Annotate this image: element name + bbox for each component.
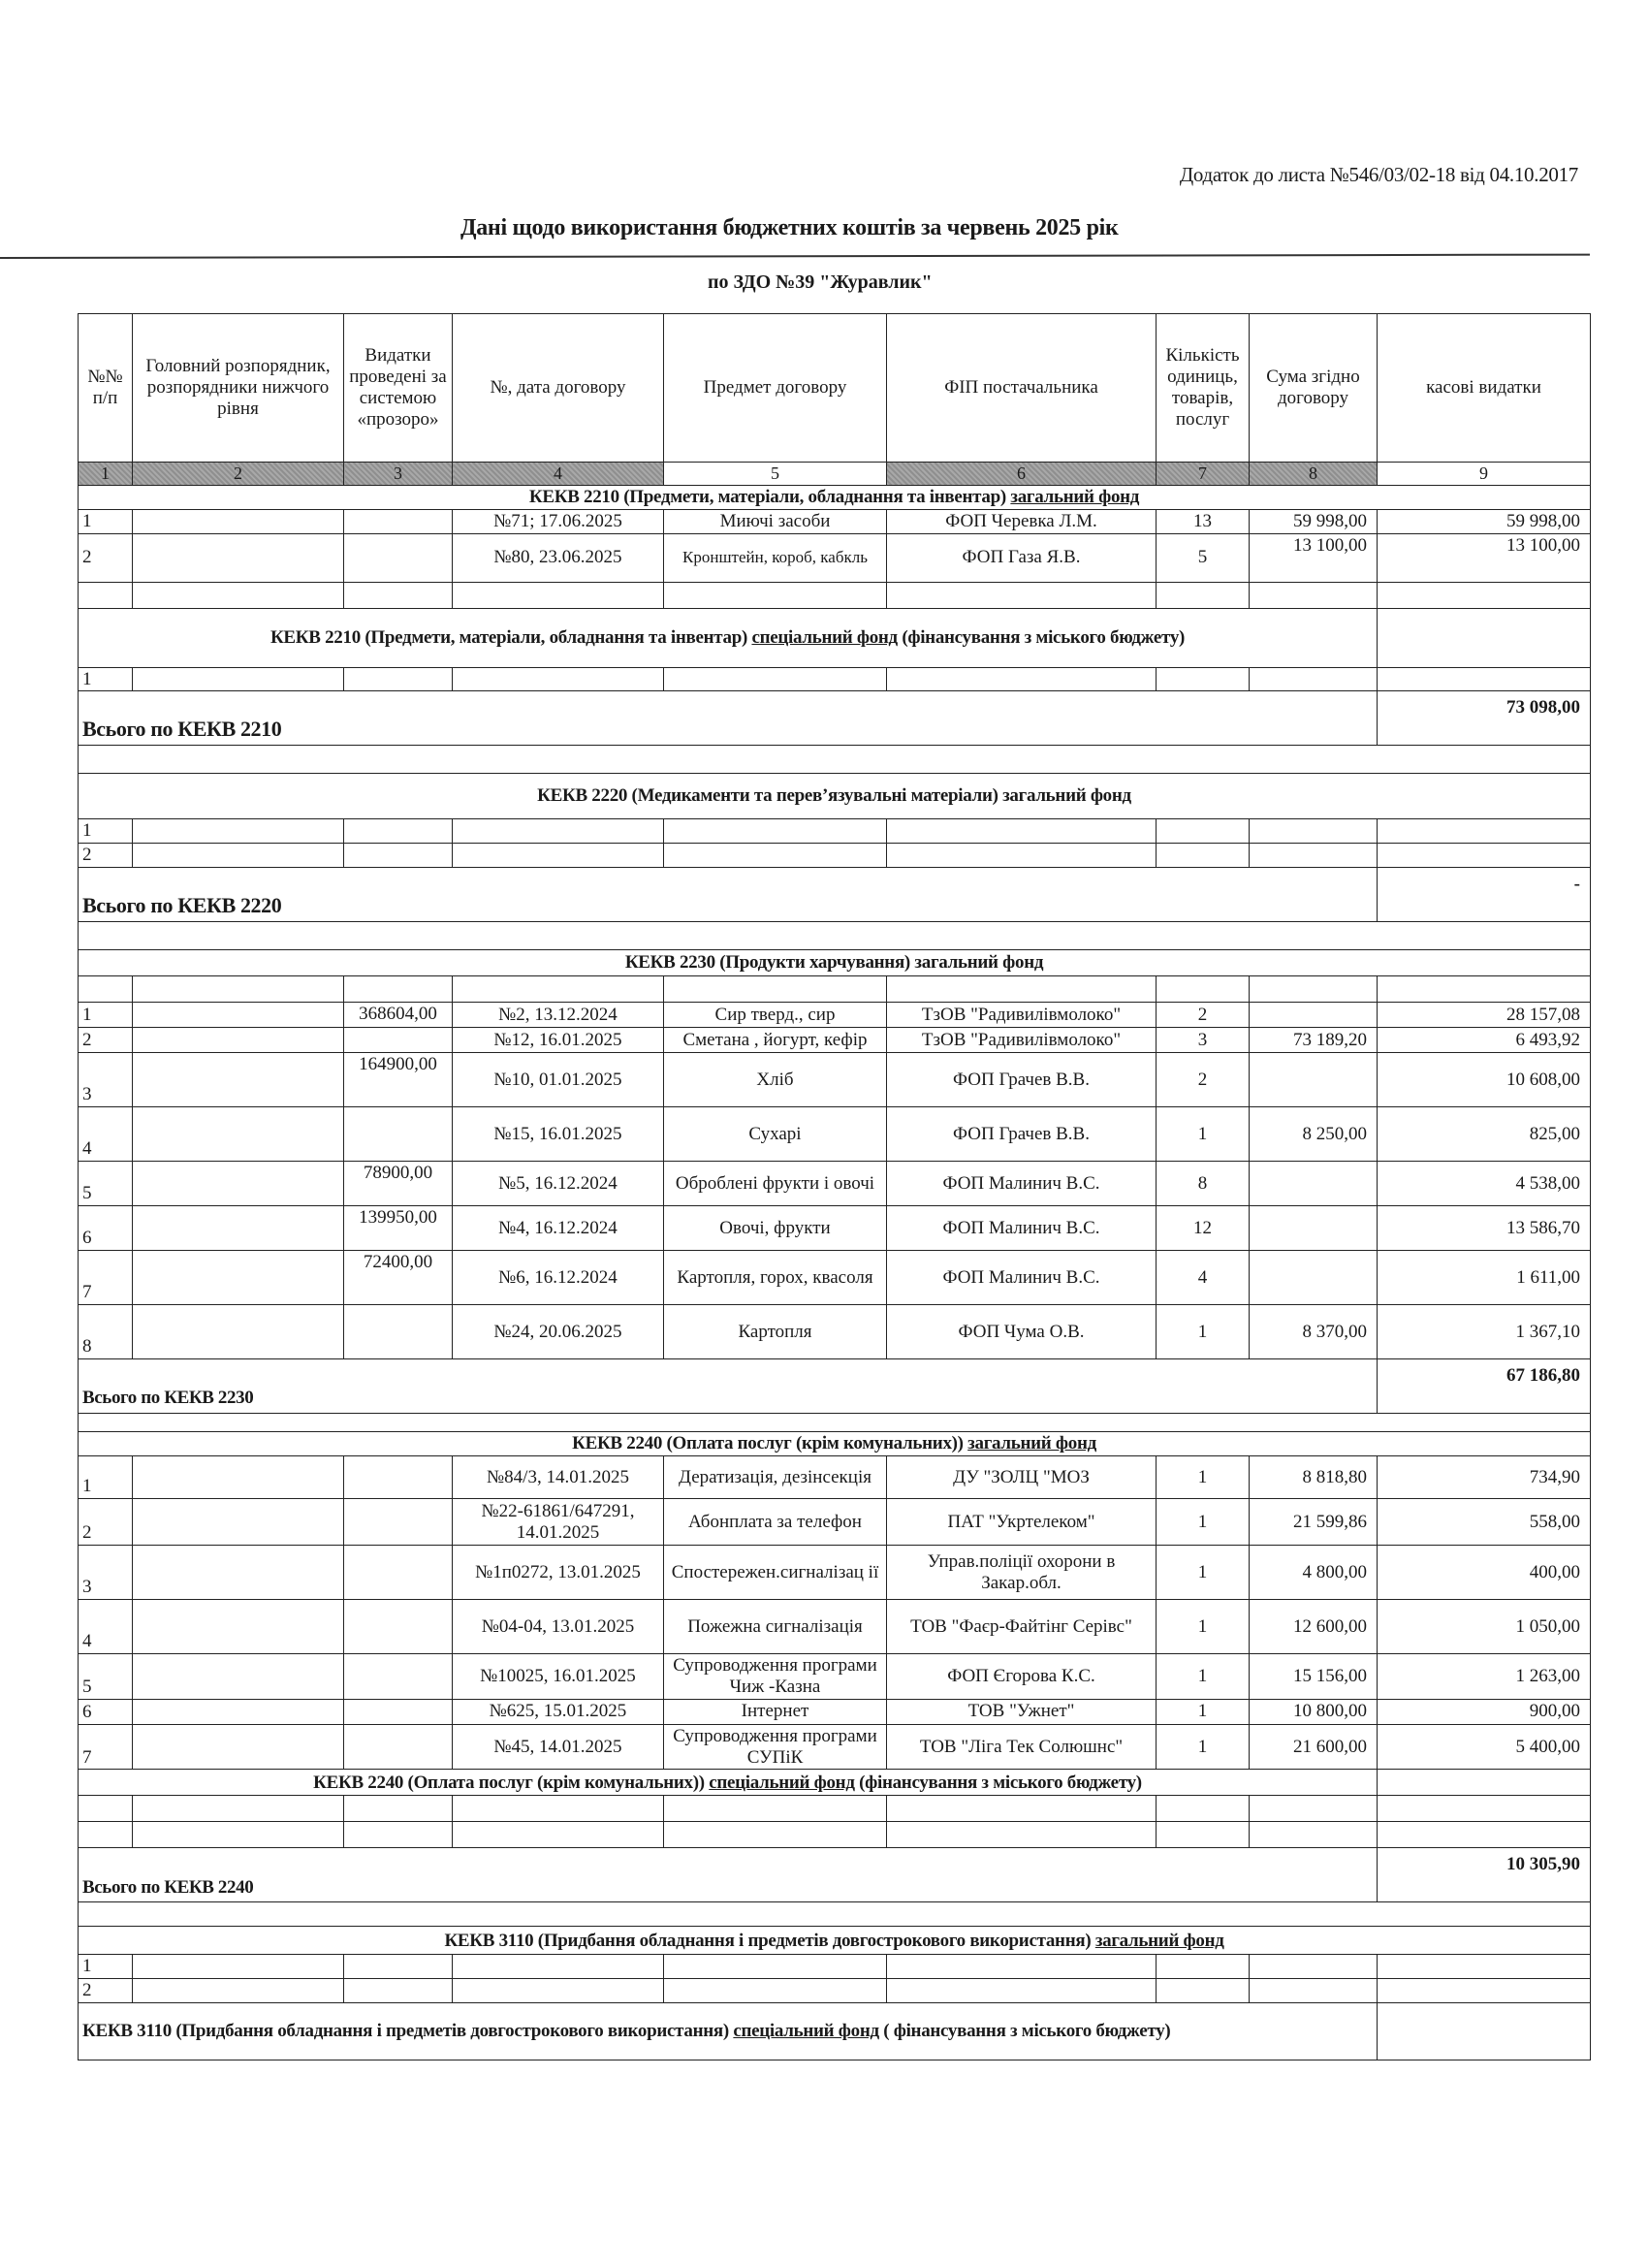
section-title: КЕКВ 2240 (Оплата послуг (крім комунальн… — [572, 1433, 964, 1453]
section-header-2230-general: КЕКВ 2230 (Продукти харчування) загальни… — [79, 950, 1591, 976]
supplier-cell: ДУ "ЗОЛЦ "МОЗ — [887, 1456, 1157, 1499]
section-title: КЕКВ 2240 (Оплата послуг (крім комунальн… — [313, 1773, 705, 1793]
row-number: 2 — [79, 844, 133, 868]
budget-table-container: №№ п/п Головний розпорядник, розпорядник… — [78, 313, 1590, 2060]
prozoro-cell: 164900,00 — [344, 1053, 453, 1107]
column-number-row: 1 2 3 4 5 6 7 8 9 — [79, 463, 1591, 486]
manager-cell — [133, 1654, 344, 1700]
fund-label: спеціальний фонд — [709, 1773, 854, 1793]
table-row: 4№15, 16.01.2025СухаріФОП Грачев В.В.18 … — [79, 1107, 1591, 1162]
table-row: 7№45, 14.01.2025Супроводження програми С… — [79, 1724, 1591, 1770]
fund-label: загальний фонд — [1010, 487, 1139, 507]
subject-cell: Дератизація, дезінсекція — [664, 1456, 887, 1499]
empty-row — [79, 582, 1591, 608]
section-header-3110-special: КЕКВ 3110 (Придбання обладнання і предме… — [79, 2003, 1591, 2060]
row-number: 4 — [79, 1107, 133, 1162]
table-row: 578900,00№5, 16.12.2024Оброблені фрукти … — [79, 1162, 1591, 1206]
total-row-2220: Всього по КЕКВ 2220 - — [79, 868, 1591, 922]
col-header-number: №№ п/п — [79, 314, 133, 463]
section-header-2210-general: КЕКВ 2210 (Предмети, матеріали, обладнан… — [79, 485, 1591, 509]
manager-cell — [133, 509, 344, 533]
total-row-2230: Всього по КЕКВ 2230 67 186,80 — [79, 1359, 1591, 1414]
row-number: 1 — [79, 1456, 133, 1499]
prozoro-cell — [344, 1107, 453, 1162]
subject-cell: Інтернет — [664, 1699, 887, 1724]
quantity-cell: 1 — [1157, 1546, 1250, 1600]
cash-expense-cell: 5 400,00 — [1378, 1724, 1591, 1770]
cash-expense-cell: 59 998,00 — [1378, 509, 1591, 533]
cash-expense-cell: 1 611,00 — [1378, 1251, 1591, 1305]
col-number: 5 — [664, 463, 887, 486]
contract-sum-cell: 59 998,00 — [1250, 509, 1378, 533]
contract-cell: №6, 16.12.2024 — [453, 1251, 664, 1305]
contract-sum-cell: 8 370,00 — [1250, 1305, 1378, 1359]
row-number: 2 — [79, 1979, 133, 2003]
supplier-cell: ТОВ "Фаєр-Файтінг Серівс" — [887, 1600, 1157, 1654]
row-number: 6 — [79, 1699, 133, 1724]
table-row: 1368604,00№2, 13.12.2024Сир тверд., сирТ… — [79, 1003, 1591, 1028]
col-header-quantity: Кількість одиниць, товарів, послуг — [1157, 314, 1250, 463]
contract-sum-cell — [1250, 1251, 1378, 1305]
contract-cell: №04-04, 13.01.2025 — [453, 1600, 664, 1654]
section-title: КЕКВ 3110 (Придбання обладнання і предме… — [82, 2021, 729, 2041]
contract-sum-cell: 73 189,20 — [1250, 1028, 1378, 1053]
quantity-cell: 4 — [1157, 1251, 1250, 1305]
table-row: 3164900,00№10, 01.01.2025ХлібФОП Грачев … — [79, 1053, 1591, 1107]
prozoro-cell — [344, 509, 453, 533]
row-number: 5 — [79, 1654, 133, 1700]
contract-sum-cell: 4 800,00 — [1250, 1546, 1378, 1600]
supplier-cell: ПАТ "Укртелеком" — [887, 1499, 1157, 1546]
col-number: 6 — [887, 463, 1157, 486]
contract-cell: №12, 16.01.2025 — [453, 1028, 664, 1053]
spacer-row — [79, 746, 1591, 774]
row-number: 5 — [79, 1162, 133, 1206]
total-value: - — [1378, 868, 1591, 922]
subject-cell: Картопля — [664, 1305, 887, 1359]
contract-cell: №22-61861/647291, 14.01.2025 — [453, 1499, 664, 1546]
table-row: 1 №71; 17.06.2025 Миючі засоби ФОП Черев… — [79, 509, 1591, 533]
table-row: 2№12, 16.01.2025Сметана , йогурт, кефірТ… — [79, 1028, 1591, 1053]
contract-cell: №45, 14.01.2025 — [453, 1724, 664, 1770]
col-number: 9 — [1378, 463, 1591, 486]
prozoro-cell — [344, 533, 453, 582]
section-header-2240-special: КЕКВ 2240 (Оплата послуг (крім комунальн… — [79, 1770, 1591, 1796]
subject-cell: Овочі, фрукти — [664, 1206, 887, 1251]
funding-note: (фінансування з міського бюджету) — [902, 627, 1185, 648]
section-title: КЕКВ 2210 (Предмети, матеріали, обладнан… — [270, 627, 747, 648]
subject-cell: Абонплата за телефон — [664, 1499, 887, 1546]
quantity-cell: 1 — [1157, 1724, 1250, 1770]
section-title: КЕКВ 2220 (Медикаменти та перев’язувальн… — [79, 774, 1591, 819]
col-number: 2 — [133, 463, 344, 486]
manager-cell — [133, 1724, 344, 1770]
supplier-cell: ТОВ "Ужнет" — [887, 1699, 1157, 1724]
quantity-cell: 3 — [1157, 1028, 1250, 1053]
row-number: 1 — [79, 667, 133, 691]
empty-row — [79, 1822, 1591, 1848]
col-header-contract: №, дата договору — [453, 314, 664, 463]
col-header-prozoro: Видатки проведені за системою «прозоро» — [344, 314, 453, 463]
contract-sum-cell: 13 100,00 — [1250, 533, 1378, 582]
contract-cell: №71; 17.06.2025 — [453, 509, 664, 533]
contract-cell: №2, 13.12.2024 — [453, 1003, 664, 1028]
col-header-manager: Головний розпорядник, розпорядники нижчо… — [133, 314, 344, 463]
subject-cell: Кронштейн, короб, кабкль — [664, 533, 887, 582]
table-row: 5№10025, 16.01.2025Супроводження програм… — [79, 1654, 1591, 1700]
fund-label: загальний фонд — [967, 1433, 1096, 1453]
contract-sum-cell — [1250, 1053, 1378, 1107]
table-row: 8№24, 20.06.2025КартопляФОП Чума О.В.18 … — [79, 1305, 1591, 1359]
manager-cell — [133, 1206, 344, 1251]
prozoro-cell — [344, 1699, 453, 1724]
table-row: 1 — [79, 667, 1591, 691]
empty-row — [79, 976, 1591, 1003]
subject-cell: Сир тверд., сир — [664, 1003, 887, 1028]
title-rule — [0, 254, 1590, 259]
spacer-row — [79, 922, 1591, 950]
subject-cell: Оброблені фрукти і овочі — [664, 1162, 887, 1206]
col-number: 4 — [453, 463, 664, 486]
section-title: КЕКВ 2230 (Продукти харчування) загальни… — [79, 950, 1591, 976]
row-number: 1 — [79, 819, 133, 844]
funding-note: ( фінансування з міського бюджету) — [883, 2021, 1170, 2041]
section-header-3110-general: КЕКВ 3110 (Придбання обладнання і предме… — [79, 1927, 1591, 1955]
prozoro-cell — [344, 1499, 453, 1546]
manager-cell — [133, 1600, 344, 1654]
row-number: 3 — [79, 1053, 133, 1107]
table-row: 2 — [79, 1979, 1591, 2003]
manager-cell — [133, 1499, 344, 1546]
fund-label: спеціальний фонд — [733, 2021, 878, 2041]
subject-cell: Картопля, горох, квасоля — [664, 1251, 887, 1305]
quantity-cell: 1 — [1157, 1107, 1250, 1162]
cash-expense-cell: 734,90 — [1378, 1456, 1591, 1499]
quantity-cell: 1 — [1157, 1456, 1250, 1499]
manager-cell — [133, 1003, 344, 1028]
kekv-2240-rows: 1№84/3, 14.01.2025Дератизація, дезінсекц… — [79, 1456, 1591, 1770]
cash-expense-cell: 28 157,08 — [1378, 1003, 1591, 1028]
contract-cell: №24, 20.06.2025 — [453, 1305, 664, 1359]
quantity-cell: 1 — [1157, 1699, 1250, 1724]
cash-expense-cell: 558,00 — [1378, 1499, 1591, 1546]
section-header-2220-general: КЕКВ 2220 (Медикаменти та перев’язувальн… — [79, 774, 1591, 819]
section-title: КЕКВ 3110 (Придбання обладнання і предме… — [444, 1931, 1091, 1951]
prozoro-cell — [344, 1600, 453, 1654]
table-row: 1 — [79, 819, 1591, 844]
funding-note: (фінансування з міського бюджету) — [859, 1773, 1142, 1793]
row-number: 6 — [79, 1206, 133, 1251]
annex-reference: Додаток до листа №546/03/02-18 від 04.10… — [1180, 163, 1578, 187]
contract-sum-cell: 8 818,80 — [1250, 1456, 1378, 1499]
row-number: 1 — [79, 1003, 133, 1028]
contract-sum-cell — [1250, 1206, 1378, 1251]
spacer-row — [79, 1414, 1591, 1432]
cash-expense-cell: 825,00 — [1378, 1107, 1591, 1162]
contract-cell: №15, 16.01.2025 — [453, 1107, 664, 1162]
col-header-subject: Предмет договору — [664, 314, 887, 463]
contract-cell: №625, 15.01.2025 — [453, 1699, 664, 1724]
section-title: КЕКВ 2210 (Предмети, матеріали, обладнан… — [529, 487, 1006, 507]
budget-usage-table: №№ п/п Головний розпорядник, розпорядник… — [78, 313, 1591, 2060]
cash-expense-cell: 13 100,00 — [1378, 533, 1591, 582]
total-value: 10 305,90 — [1378, 1848, 1591, 1902]
row-number: 1 — [79, 1955, 133, 1979]
col-number: 1 — [79, 463, 133, 486]
row-number: 2 — [79, 1028, 133, 1053]
prozoro-cell — [344, 1028, 453, 1053]
supplier-cell: ФОП Малинич В.С. — [887, 1251, 1157, 1305]
col-number: 7 — [1157, 463, 1250, 486]
contract-cell: №10025, 16.01.2025 — [453, 1654, 664, 1700]
prozoro-cell: 368604,00 — [344, 1003, 453, 1028]
subject-cell: Сметана , йогурт, кефір — [664, 1028, 887, 1053]
supplier-cell: Управ.поліції охорони в Закар.обл. — [887, 1546, 1157, 1600]
section-header-2210-special: КЕКВ 2210 (Предмети, матеріали, обладнан… — [79, 608, 1591, 667]
quantity-cell: 2 — [1157, 1053, 1250, 1107]
subject-cell: Супроводження програми СУПіК — [664, 1724, 887, 1770]
prozoro-cell — [344, 1654, 453, 1700]
quantity-cell: 1 — [1157, 1600, 1250, 1654]
cash-expense-cell: 6 493,92 — [1378, 1028, 1591, 1053]
document-title: Дані щодо використання бюджетних коштів … — [460, 215, 1119, 241]
total-row-2210: Всього по КЕКВ 2210 73 098,00 — [79, 691, 1591, 746]
manager-cell — [133, 1028, 344, 1053]
table-row: 1 — [79, 1955, 1591, 1979]
cash-expense-cell: 4 538,00 — [1378, 1162, 1591, 1206]
manager-cell — [133, 1456, 344, 1499]
manager-cell — [133, 1053, 344, 1107]
cash-expense-cell: 13 586,70 — [1378, 1206, 1591, 1251]
prozoro-cell — [344, 1305, 453, 1359]
table-row: 2 — [79, 844, 1591, 868]
table-row: 6№625, 15.01.2025ІнтернетТОВ "Ужнет"110 … — [79, 1699, 1591, 1724]
prozoro-cell: 139950,00 — [344, 1206, 453, 1251]
col-header-contract-sum: Сума згідно договору — [1250, 314, 1378, 463]
contract-cell: №4, 16.12.2024 — [453, 1206, 664, 1251]
contract-sum-cell — [1250, 1162, 1378, 1206]
table-row: 3№1п0272, 13.01.2025Спостережен.сигналіз… — [79, 1546, 1591, 1600]
manager-cell — [133, 1251, 344, 1305]
supplier-cell: ФОП Черевка Л.М. — [887, 509, 1157, 533]
empty-row — [79, 1796, 1591, 1822]
contract-cell: №84/3, 14.01.2025 — [453, 1456, 664, 1499]
table-row: 1№84/3, 14.01.2025Дератизація, дезінсекц… — [79, 1456, 1591, 1499]
col-number: 8 — [1250, 463, 1378, 486]
table-row: 2 №80, 23.06.2025 Кронштейн, короб, кабк… — [79, 533, 1591, 582]
cash-expense-cell: 1 263,00 — [1378, 1654, 1591, 1700]
row-number: 8 — [79, 1305, 133, 1359]
quantity-cell: 13 — [1157, 509, 1250, 533]
row-number: 2 — [79, 533, 133, 582]
total-label: Всього по КЕКВ 2210 — [79, 691, 1378, 746]
column-header-row: №№ п/п Головний розпорядник, розпорядник… — [79, 314, 1591, 463]
document-subtitle: по ЗДО №39 "Журавлик" — [708, 272, 933, 294]
contract-sum-cell: 21 599,86 — [1250, 1499, 1378, 1546]
supplier-cell: ТОВ "Ліга Тек Солюшнс" — [887, 1724, 1157, 1770]
row-number: 7 — [79, 1251, 133, 1305]
cash-expense-cell: 900,00 — [1378, 1699, 1591, 1724]
total-value: 67 186,80 — [1378, 1359, 1591, 1414]
manager-cell — [133, 1546, 344, 1600]
manager-cell — [133, 1699, 344, 1724]
prozoro-cell — [344, 1546, 453, 1600]
quantity-cell: 1 — [1157, 1654, 1250, 1700]
row-number: 7 — [79, 1724, 133, 1770]
supplier-cell: ФОП Єгорова К.С. — [887, 1654, 1157, 1700]
section-header-2240-general: КЕКВ 2240 (Оплата послуг (крім комунальн… — [79, 1432, 1591, 1456]
supplier-cell: ФОП Чума О.В. — [887, 1305, 1157, 1359]
contract-cell: №80, 23.06.2025 — [453, 533, 664, 582]
table-row: 2№22-61861/647291, 14.01.2025Абонплата з… — [79, 1499, 1591, 1546]
contract-sum-cell: 10 800,00 — [1250, 1699, 1378, 1724]
manager-cell — [133, 1162, 344, 1206]
supplier-cell: ФОП Малинич В.С. — [887, 1206, 1157, 1251]
total-value: 73 098,00 — [1378, 691, 1591, 746]
total-label: Всього по КЕКВ 2240 — [79, 1848, 1378, 1902]
manager-cell — [133, 1107, 344, 1162]
supplier-cell: ФОП Грачев В.В. — [887, 1053, 1157, 1107]
total-label: Всього по КЕКВ 2230 — [79, 1359, 1378, 1414]
col-header-cash-expenses: касові видатки — [1378, 314, 1591, 463]
cash-expense-cell: 400,00 — [1378, 1546, 1591, 1600]
subject-cell: Супроводження програми Чиж -Казна — [664, 1654, 887, 1700]
prozoro-cell — [344, 1724, 453, 1770]
cash-expense-cell: 1 050,00 — [1378, 1600, 1591, 1654]
supplier-cell: ФОП Газа Я.В. — [887, 533, 1157, 582]
manager-cell — [133, 1305, 344, 1359]
quantity-cell: 5 — [1157, 533, 1250, 582]
cash-expense-cell: 1 367,10 — [1378, 1305, 1591, 1359]
supplier-cell: ТзОВ "Радивилівмолоко" — [887, 1028, 1157, 1053]
col-number: 3 — [344, 463, 453, 486]
prozoro-cell: 72400,00 — [344, 1251, 453, 1305]
total-row-2240: Всього по КЕКВ 2240 10 305,90 — [79, 1848, 1591, 1902]
row-number: 2 — [79, 1499, 133, 1546]
fund-label: загальний фонд — [1095, 1931, 1224, 1951]
subject-cell: Миючі засоби — [664, 509, 887, 533]
row-number: 1 — [79, 509, 133, 533]
quantity-cell: 1 — [1157, 1305, 1250, 1359]
contract-sum-cell: 12 600,00 — [1250, 1600, 1378, 1654]
spacer-row — [79, 1902, 1591, 1927]
cash-expense-cell: 10 608,00 — [1378, 1053, 1591, 1107]
quantity-cell: 8 — [1157, 1162, 1250, 1206]
row-number: 3 — [79, 1546, 133, 1600]
table-row: 6139950,00№4, 16.12.2024Овочі, фруктиФОП… — [79, 1206, 1591, 1251]
subject-cell: Пожежна сигналізація — [664, 1600, 887, 1654]
contract-sum-cell — [1250, 1003, 1378, 1028]
fund-label: спеціальний фонд — [751, 627, 897, 648]
quantity-cell: 1 — [1157, 1499, 1250, 1546]
kekv-2230-rows: 1368604,00№2, 13.12.2024Сир тверд., сирТ… — [79, 1003, 1591, 1359]
contract-sum-cell: 8 250,00 — [1250, 1107, 1378, 1162]
contract-cell: №1п0272, 13.01.2025 — [453, 1546, 664, 1600]
table-row: 772400,00№6, 16.12.2024Картопля, горох, … — [79, 1251, 1591, 1305]
supplier-cell: ФОП Грачев В.В. — [887, 1107, 1157, 1162]
quantity-cell: 12 — [1157, 1206, 1250, 1251]
quantity-cell: 2 — [1157, 1003, 1250, 1028]
contract-cell: №10, 01.01.2025 — [453, 1053, 664, 1107]
row-number: 4 — [79, 1600, 133, 1654]
col-header-supplier: ФІП постачальника — [887, 314, 1157, 463]
contract-sum-cell: 21 600,00 — [1250, 1724, 1378, 1770]
supplier-cell: ФОП Малинич В.С. — [887, 1162, 1157, 1206]
total-label: Всього по КЕКВ 2220 — [79, 868, 1378, 922]
prozoro-cell: 78900,00 — [344, 1162, 453, 1206]
contract-sum-cell: 15 156,00 — [1250, 1654, 1378, 1700]
subject-cell: Сухарі — [664, 1107, 887, 1162]
table-row: 4№04-04, 13.01.2025Пожежна сигналізаціяТ… — [79, 1600, 1591, 1654]
prozoro-cell — [344, 1456, 453, 1499]
subject-cell: Хліб — [664, 1053, 887, 1107]
manager-cell — [133, 533, 344, 582]
supplier-cell: ТзОВ "Радивилівмолоко" — [887, 1003, 1157, 1028]
contract-cell: №5, 16.12.2024 — [453, 1162, 664, 1206]
subject-cell: Спостережен.сигналізац ії — [664, 1546, 887, 1600]
